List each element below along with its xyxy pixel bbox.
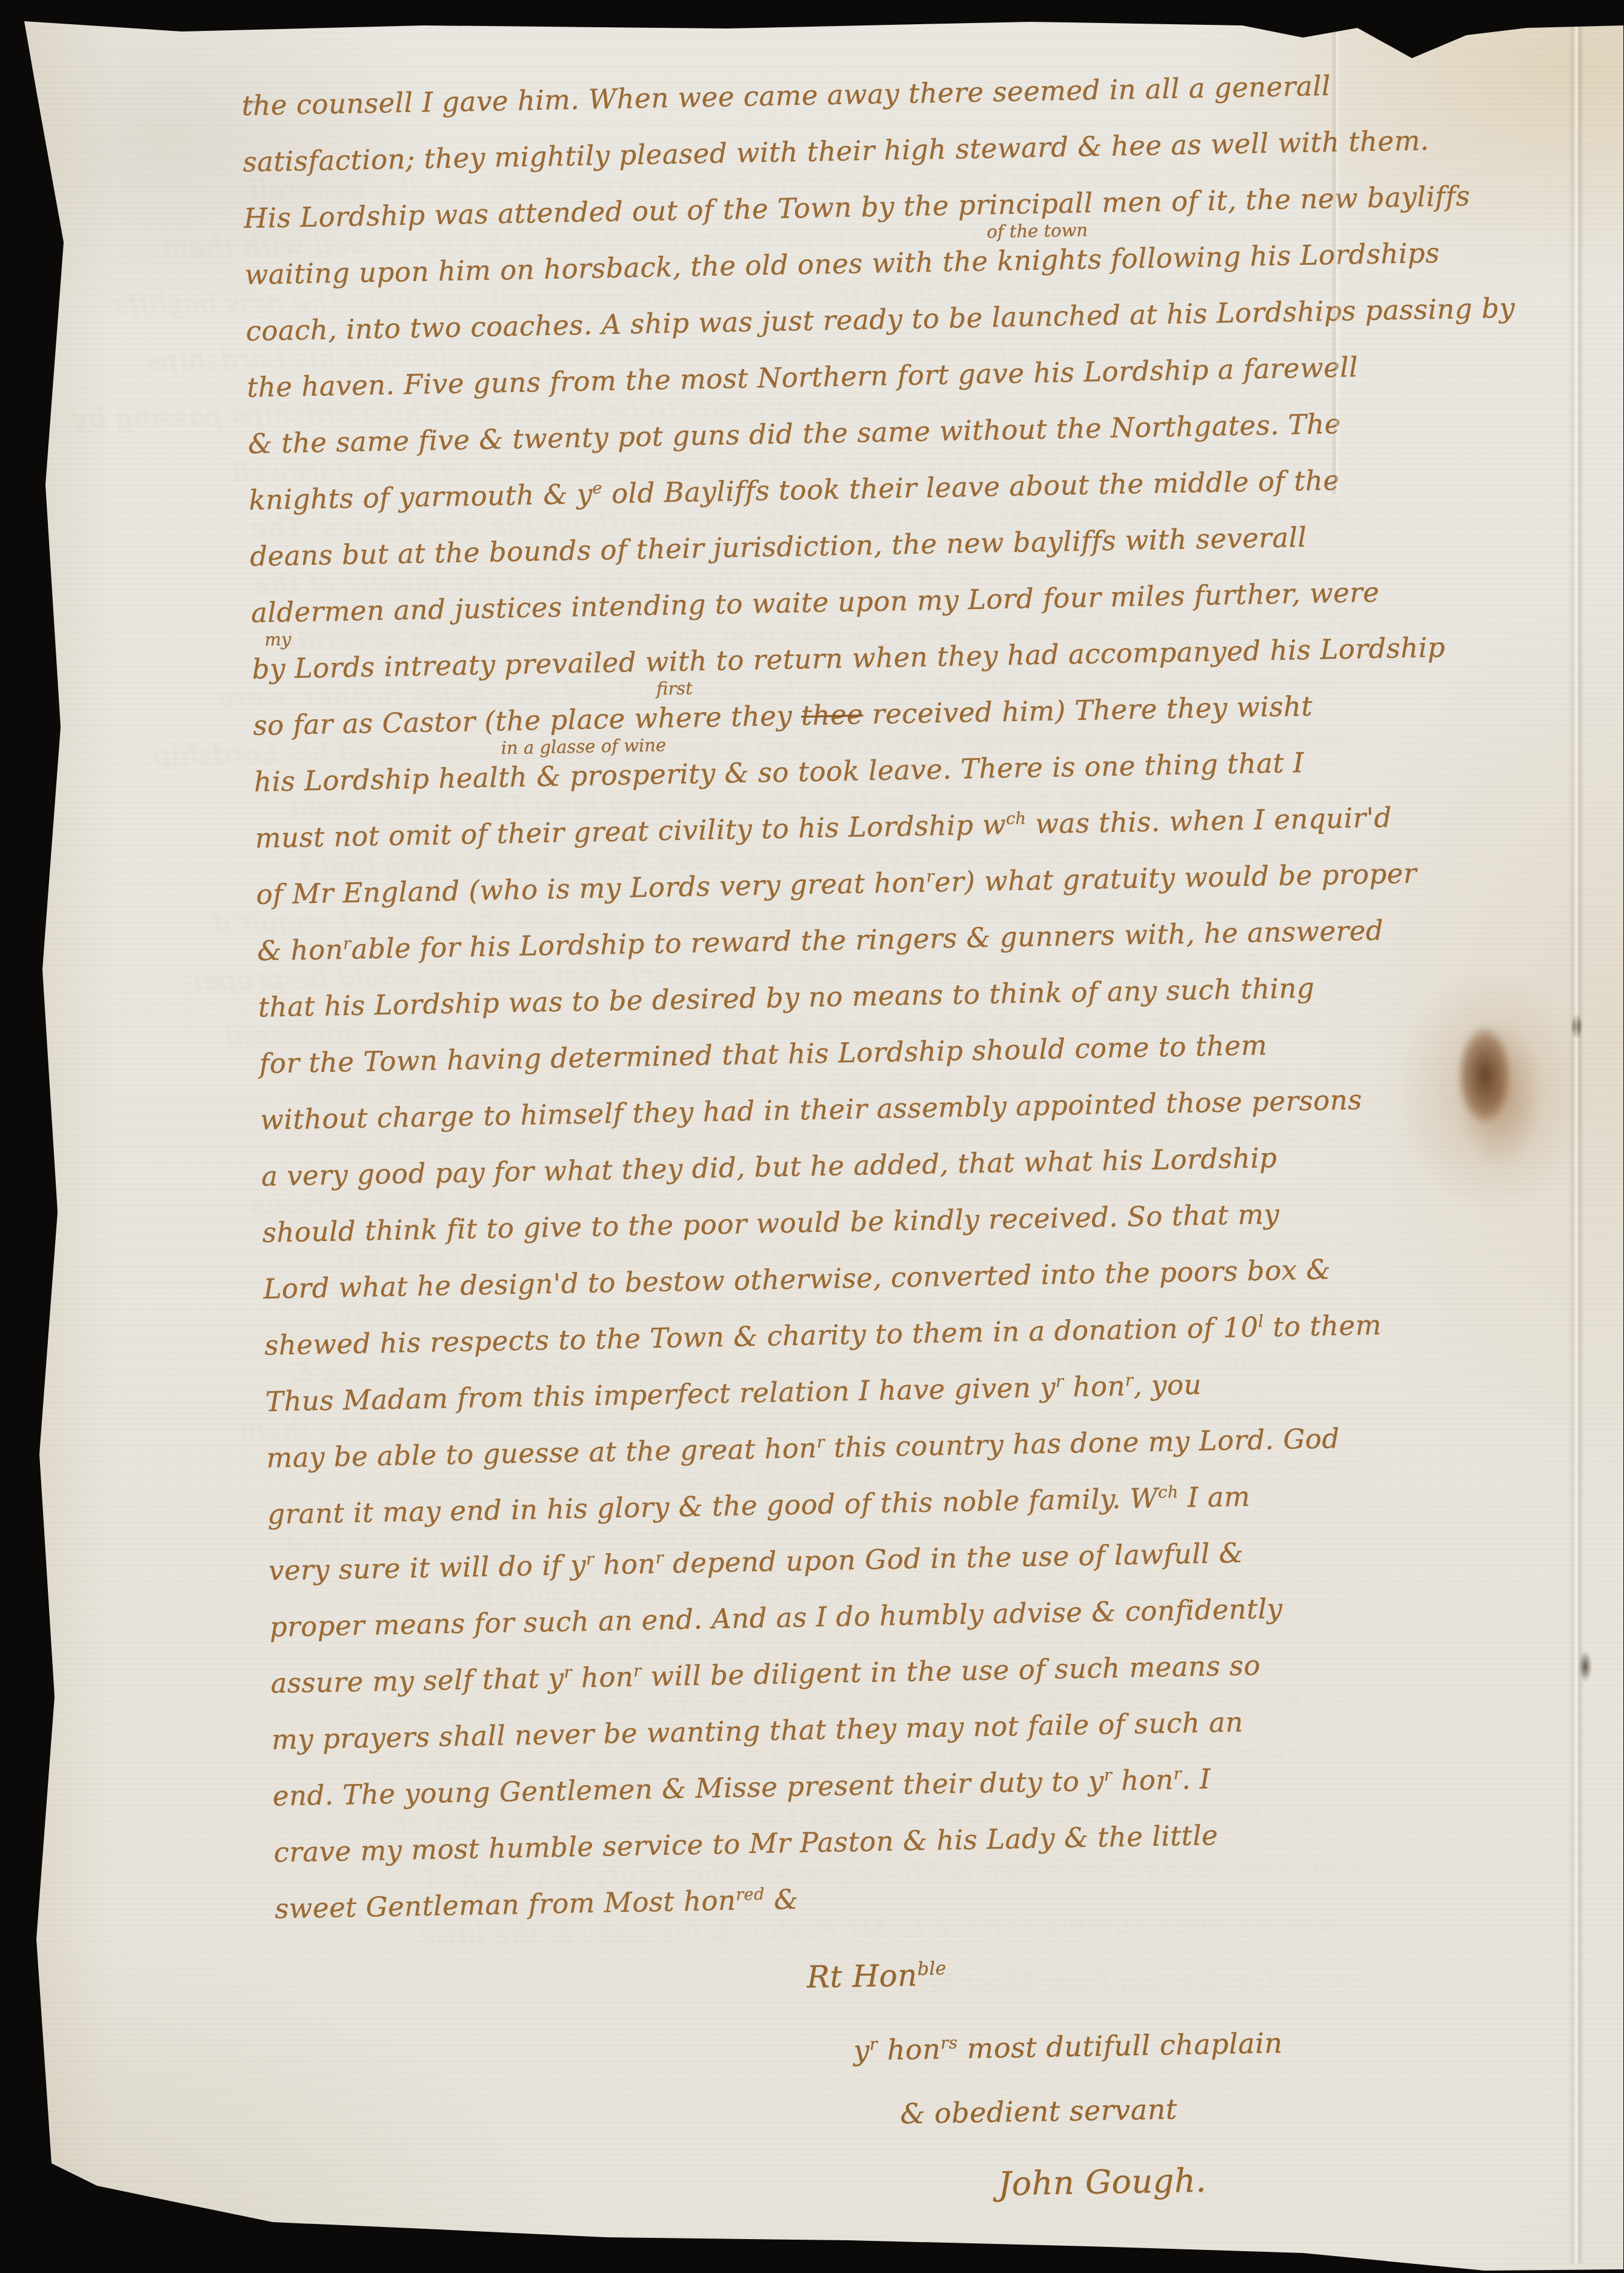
interlinear-insertion: in a glasse of wine xyxy=(501,736,667,757)
manuscript-page: the counsell I gave him. When wee came a… xyxy=(0,0,1624,2273)
manuscript-line-text: a very good pay for what they did, but h… xyxy=(261,1142,1277,1193)
manuscript-line-text: Thus Madam from this imperfect relation … xyxy=(265,1368,1202,1417)
manuscript-line-text: the counsell I gave him. When wee came a… xyxy=(241,70,1331,122)
fold-crease xyxy=(1568,18,1584,2263)
manuscript-line-text: end. The young Gentlemen & Misse present… xyxy=(273,1763,1211,1812)
salutation: Rt Honble xyxy=(807,1959,947,1994)
manuscript-line-text: sweet Gentleman from Most honred & xyxy=(275,1883,799,1925)
manuscript-line-text: & the same five & twenty pot guns did th… xyxy=(248,408,1342,460)
manuscript-line-text: of Mr England (who is my Lords very grea… xyxy=(256,857,1417,911)
manuscript-line-text: Lord what he design'd to bestow otherwis… xyxy=(263,1253,1331,1305)
manuscript-line-text: without charge to himself they had in th… xyxy=(260,1083,1362,1136)
manuscript-line-text: assure my self that yr honr will be dili… xyxy=(270,1649,1260,1700)
manuscript-line-text: may be able to guesse at the great honr … xyxy=(266,1422,1340,1474)
letter-closing: Rt Honbleyr honrs most dutifull chaplain… xyxy=(806,1913,1539,2265)
manuscript-line-text: grant it may end in his glory & the good… xyxy=(267,1480,1251,1531)
interlinear-insertion: of the town xyxy=(987,221,1088,241)
manuscript-line-text: so far as Castor (the place where they t… xyxy=(253,690,1313,742)
manuscript-line-text: should think fit to give to the poor wou… xyxy=(262,1198,1279,1249)
manuscript-line-text: the haven. Five guns from the most North… xyxy=(247,351,1359,404)
manuscript-line-text: aldermen and justices intending to waite… xyxy=(251,576,1380,629)
manuscript-line-text: crave my most humble service to Mr Pasto… xyxy=(273,1819,1218,1869)
manuscript-line-text: my prayers shall never be wanting that t… xyxy=(271,1706,1243,1756)
manuscript-line-text: must not omit of their great civility to… xyxy=(255,801,1393,854)
interlinear-insertion: first xyxy=(656,680,693,698)
interlinear-insertion: my xyxy=(264,631,291,649)
letter-body: the counsell I gave him. When wee came a… xyxy=(241,53,1578,1936)
manuscript-line-text: deans but at the bounds of their jurisdi… xyxy=(250,521,1307,573)
manuscript-line-text: knights of yarmouth & ye old Bayliffs to… xyxy=(248,464,1340,516)
manuscript-line-text: shewed his respects to the Town & charit… xyxy=(264,1309,1382,1362)
manuscript-line-text: his Lordship health & prosperity & so to… xyxy=(254,747,1305,798)
manuscript-line-text: very sure it will do if yr honr depend u… xyxy=(268,1537,1244,1586)
manuscript-line-text: proper means for such an end. And as I d… xyxy=(269,1592,1283,1643)
manuscript-line-text: that his Lordship was to be desired by n… xyxy=(258,972,1315,1023)
manuscript-photo: { "page": { "background_color": "#0b0a08… xyxy=(0,0,1624,2273)
manuscript-line-text: & honrable for his Lordship to reward th… xyxy=(257,914,1384,967)
fold-crease xyxy=(1331,22,1340,494)
valediction-line: & obedient servant xyxy=(900,2094,1177,2129)
valediction-line: yr honrs most dutifull chaplain xyxy=(853,2028,1283,2066)
signature: John Gough. xyxy=(998,2163,1206,2202)
manuscript-line-text: for the Town having determined that his … xyxy=(259,1029,1267,1079)
